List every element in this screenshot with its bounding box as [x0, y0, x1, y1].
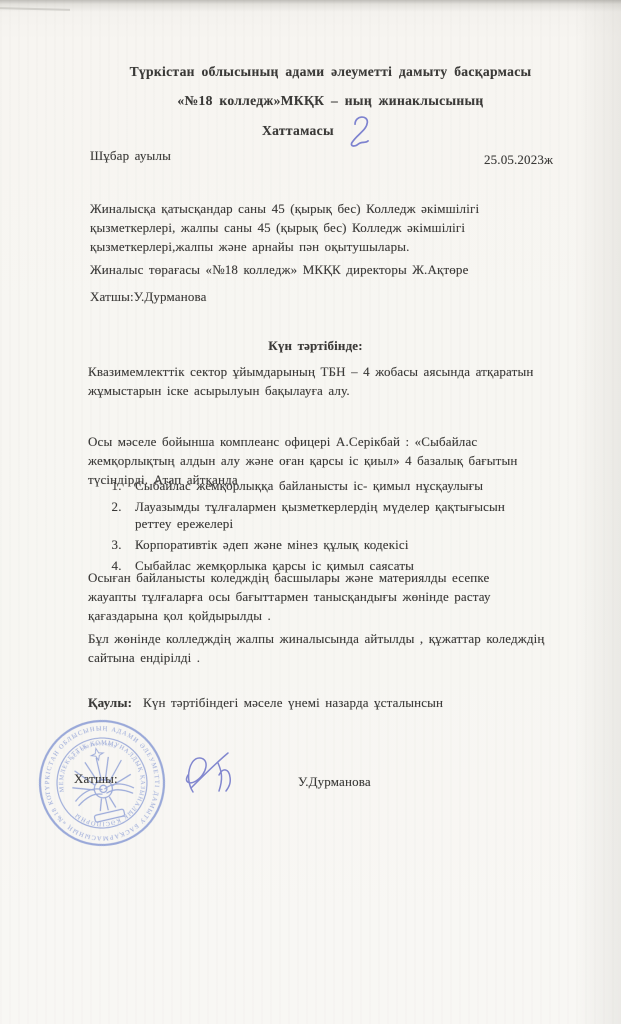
scan-artifact-line — [0, 7, 70, 11]
agenda-heading: Күн тәртібінде: — [10, 336, 621, 355]
signature-secretary-label: Хатшы: — [74, 769, 118, 788]
list-item: Лауазымды тұлғалармен қызметкерлердің мү… — [127, 498, 534, 532]
document-place: Шұбар ауылы — [90, 146, 171, 165]
attendance-paragraph: Жиналысқа қатысқандар саны 45 (қырық бес… — [90, 199, 552, 256]
document-title-protocol: Хаттамасы — [262, 121, 334, 140]
discussion-paragraph-2: Осыған байланысты коледждің басшылары жә… — [88, 568, 540, 625]
scan-top-edge — [0, 0, 621, 12]
document-title-line2: «№18 колледж»МКҚК – ның жинаклысының — [40, 91, 621, 110]
chairman-line: Жиналыс төрағасы «№18 колледж» МКҚК дире… — [90, 260, 469, 279]
resolution-text: Күн тәртібіндегі мәселе үнемі назарда ұс… — [143, 693, 443, 712]
document-title-line1: Түркістан облысының адами әлеуметті дамы… — [40, 62, 621, 81]
secretary-line: Хатшы:У.Дурманова — [90, 287, 207, 306]
list-item: Корпоративтік әдеп және мінез құлық коде… — [127, 536, 534, 553]
document-date: 25.05.2023ж — [484, 150, 553, 169]
handwritten-signature — [180, 748, 252, 804]
agenda-paragraph: Квазимемлекттік сектор ұйымдарының ТБН –… — [88, 362, 540, 400]
list-item: Сыбайлас жемқорлыққа байланысты іс- қимы… — [127, 477, 534, 494]
scan-right-shade — [575, 0, 621, 1024]
signature-secretary-name: У.Дурманова — [298, 772, 371, 791]
discussion-paragraph-3: Бұл жөнінде колледждің жалпы жиналысында… — [88, 629, 556, 667]
discussion-list: Сыбайлас жемқорлыққа байланысты іс- қимы… — [104, 477, 534, 578]
scanned-protocol-document: Түркістан облысының адами әлеуметті дамы… — [0, 0, 621, 1024]
handwritten-protocol-number — [348, 112, 374, 154]
